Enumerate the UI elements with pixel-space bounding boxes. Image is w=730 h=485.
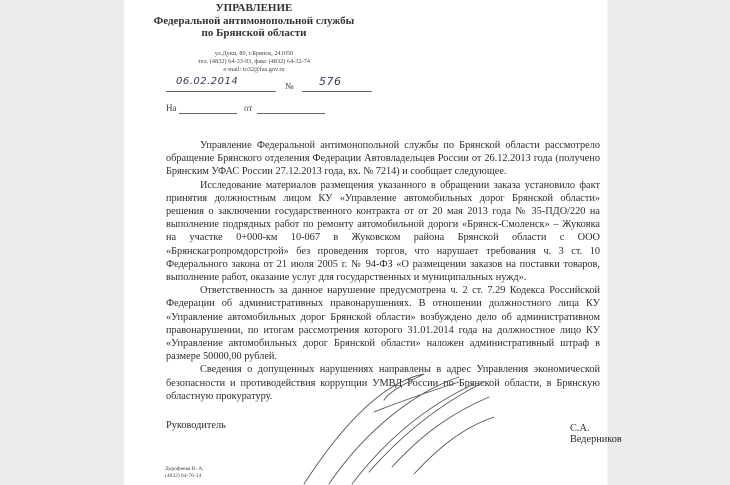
outgoing-number: 576 [319,75,342,88]
letterhead-contacts: ул.Дуки, 80, г.Брянск, 241050 тел. (4832… [134,50,374,74]
org-phones: тел. (4832) 64-33-93, факс (4832) 64-32-… [134,58,374,66]
paragraph-3: Ответственность за данное нарушение пред… [166,284,600,363]
from-underline [257,101,325,114]
outgoing-date: 06.02.2014 [176,76,238,87]
reference-label: На [166,103,177,113]
signatory-role: Руководитель [166,420,226,431]
org-email: e-mail: to32@fas.gov.ru [134,66,374,74]
document-page: УПРАВЛЕНИЕ Федеральной антимонопольной с… [124,0,607,485]
reference-underline [179,101,237,114]
executor-info: Дорофеева В. А. (4832) 64-76-14 [165,466,204,480]
org-line-1: УПРАВЛЕНИЕ [134,2,374,15]
signatory-name: С.А. Ведерников [570,423,622,445]
from-label: от [244,103,252,113]
number-label: № [285,81,294,91]
paragraph-2: Исследование материалов размещения указа… [166,179,600,285]
executor-phone: (4832) 64-76-14 [165,473,204,480]
paragraph-1: Управление Федеральной антимонопольной с… [166,139,600,179]
org-address: ул.Дуки, 80, г.Брянск, 241050 [134,50,374,58]
org-line-2: Федеральной антимонопольной службы [134,15,374,28]
handwritten-signature-icon [274,362,494,485]
executor-name: Дорофеева В. А. [165,466,204,473]
letterhead-organization: УПРАВЛЕНИЕ Федеральной антимонопольной с… [134,2,374,40]
org-line-3: по Брянской области [134,27,374,40]
